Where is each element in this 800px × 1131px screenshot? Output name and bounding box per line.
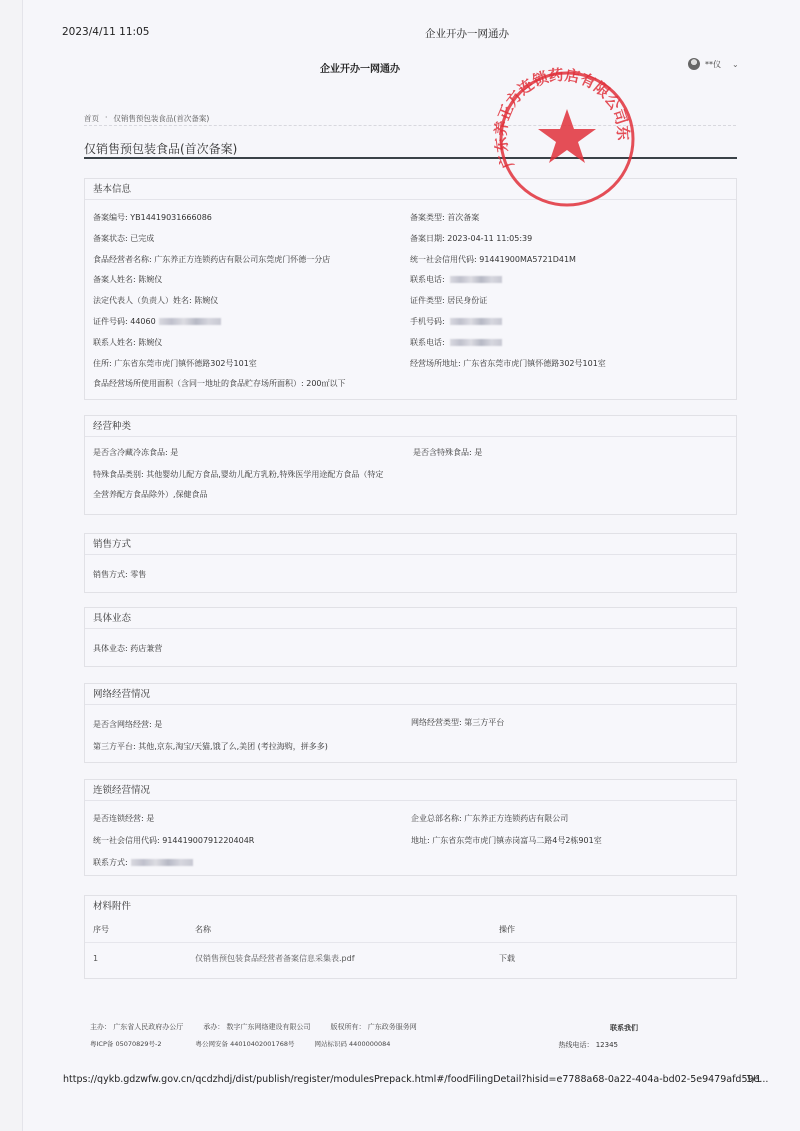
field-label: 联系电话: [410, 275, 447, 284]
field-label: 备案类型: [410, 213, 447, 222]
field-special-food: 是否含特殊食品: 是 [413, 447, 482, 458]
field-platforms: 第三方平台: 其他,京东,淘宝/天猫,饿了么,美团 (考拉海购，拼多多) [93, 741, 328, 752]
field-business-format: 具体业态: 药店兼营 [93, 643, 162, 654]
field-hq-address: 地址: 广东省东莞市虎门镇赤岗富马二路4号2栋901室 [411, 835, 602, 846]
field-right-1: 备案日期: 2023-04-11 11:05:39 [410, 233, 532, 244]
field-right-5: 手机号码: [410, 316, 502, 327]
chevron-down-icon[interactable]: ⌄ [732, 60, 739, 69]
redacted-value [450, 339, 502, 346]
section-online-business: 网络经营情况 是否含网络经营: 是 网络经营类型: 第三方平台 第三方平台: 其… [84, 683, 737, 763]
table-row: 1 仅销售预包装食品经营者备案信息采集表.pdf 下载 [85, 943, 736, 973]
field-value: 首次备案 [447, 213, 479, 222]
field-value: 陈婉仪 [138, 275, 162, 284]
field-left-6: 联系人姓名: 陈婉仪 [93, 337, 162, 348]
field-is-chain: 是否连锁经营: 是 [93, 813, 154, 824]
section-title: 基本信息 [85, 179, 736, 200]
field-value: 陈婉仪 [138, 338, 162, 347]
field-label: 备案人姓名: [93, 275, 138, 284]
field-value: 陈婉仪 [194, 296, 218, 305]
redacted-value [450, 318, 502, 325]
field-hq-name: 企业总部名称: 广东养正方连锁药店有限公司 [411, 813, 568, 824]
contact-us: 联系我们 热线电话： 12345 [578, 1023, 638, 1050]
field-label: 联系电话: [410, 338, 447, 347]
avatar-icon [688, 58, 700, 70]
field-special-types-cont: 全营养配方食品除外）,保健食品 [93, 489, 208, 500]
field-label: 经营场所地址: [410, 359, 463, 368]
basic-info-fields: 备案编号: YB14419031666086备案状态: 已完成食品经营者名称: … [85, 200, 736, 400]
attachments-table: 序号 名称 操作 1 仅销售预包装食品经营者备案信息采集表.pdf 下载 [85, 917, 736, 973]
row-index: 1 [85, 954, 195, 963]
user-name: **仪 [705, 59, 721, 70]
field-right-7: 经营场所地址: 广东省东莞市虎门镇怀德路302号101室 [410, 358, 606, 369]
field-left-1: 备案状态: 已完成 [93, 233, 154, 244]
breadcrumb-current: 仅销售预包装食品(首次备案) [113, 113, 209, 124]
footer-site-id: 网站标识码 4400000084 [314, 1039, 390, 1048]
field-left-2: 食品经营者名称: 广东养正方连锁药店有限公司东莞虎门怀德一分店 [93, 254, 330, 265]
field-right-6: 联系电话: [410, 337, 502, 348]
column-header-name: 名称 [195, 924, 499, 935]
section-sales-method: 销售方式 销售方式: 零售 [84, 533, 737, 593]
field-value: 广东省东莞市虎门镇怀德路302号101室 [114, 359, 257, 368]
field-sales-method: 销售方式: 零售 [93, 569, 146, 580]
field-special-types: 特殊食品类别: 其他婴幼儿配方食品,婴幼儿配方乳粉,特殊医学用途配方食品（特定 [93, 469, 383, 480]
print-page-number: 1/1 [746, 1074, 761, 1085]
field-left-0: 备案编号: YB14419031666086 [93, 212, 212, 223]
redacted-value [131, 859, 193, 866]
section-chain-business: 连锁经营情况 是否连锁经营: 是 企业总部名称: 广东养正方连锁药店有限公司 统… [84, 779, 737, 876]
field-value: 广东省东莞市虎门镇怀德路302号101室 [463, 359, 606, 368]
breadcrumb: 首页 · 仅销售预包装食品(首次备案) [84, 113, 209, 124]
field-label: 住所: [93, 359, 114, 368]
column-header-action: 操作 [499, 924, 619, 935]
footer-copyright: 版权所有： 广东政务服务网 [330, 1022, 416, 1032]
section-attachments: 材料附件 序号 名称 操作 1 仅销售预包装食品经营者备案信息采集表.pdf 下… [84, 895, 737, 979]
field-left-3: 备案人姓名: 陈婉仪 [93, 274, 162, 285]
print-url: https://qykb.gdzwfw.gov.cn/qcdzhdj/dist/… [63, 1074, 768, 1085]
column-header-index: 序号 [85, 924, 195, 935]
breadcrumb-divider [84, 125, 736, 126]
field-right-3: 联系电话: [410, 274, 502, 285]
field-label: 备案日期: [410, 234, 447, 243]
footer-sponsor: 主办： 广东省人民政府办公厅 [90, 1022, 183, 1032]
hotline: 热线电话： 12345 [558, 1040, 618, 1050]
table-header: 序号 名称 操作 [85, 917, 736, 943]
field-right-2: 统一社会信用代码: 91441900MA5721D41M [410, 254, 576, 265]
field-label: 统一社会信用代码: [410, 255, 479, 264]
field-left-7: 住所: 广东省东莞市虎门镇怀德路302号101室 [93, 358, 257, 369]
site-title: 企业开办一网通办 [320, 60, 400, 75]
footer-police[interactable]: 粤公网安备 44010402001768号 [196, 1039, 295, 1048]
section-title: 销售方式 [85, 534, 736, 555]
section-basic-info: 基本信息 备案编号: YB14419031666086备案状态: 已完成食品经营… [84, 178, 737, 400]
field-value: 91441900MA5721D41M [479, 255, 576, 264]
field-label: 法定代表人（负责人）姓名: [93, 296, 194, 305]
field-is-online: 是否含网络经营: 是 [93, 719, 162, 730]
section-title: 经营种类 [85, 416, 736, 437]
field-label: 证件类型: [410, 296, 447, 305]
field-value: 居民身份证 [447, 296, 487, 305]
field-value: YB14419031666086 [130, 213, 212, 222]
field-value: 200㎡以下 [306, 379, 345, 388]
field-left-5: 证件号码: 44060 [93, 316, 221, 327]
title-divider [84, 157, 737, 159]
redacted-value [159, 318, 221, 325]
field-right-4: 证件类型: 居民身份证 [410, 295, 487, 306]
field-right-0: 备案类型: 首次备案 [410, 212, 479, 223]
download-link[interactable]: 下载 [499, 953, 619, 964]
page-title: 仅销售预包装食品(首次备案) [84, 140, 237, 157]
field-online-type: 网络经营类型: 第三方平台 [411, 717, 504, 728]
breadcrumb-separator: · [105, 113, 107, 124]
section-title: 连锁经营情况 [85, 780, 736, 801]
field-label: 手机号码: [410, 317, 447, 326]
print-header: 2023/4/11 11:05 企业开办一网通办 [0, 26, 800, 42]
field-value: 广东养正方连锁药店有限公司东莞虎门怀德一分店 [154, 255, 330, 264]
field-left-8: 食品经营场所使用面积（含同一地址的食品贮存场所面积）: 200㎡以下 [93, 378, 346, 389]
contact-title: 联系我们 [578, 1023, 638, 1033]
field-value: 已完成 [130, 234, 154, 243]
user-menu[interactable]: **仪 ⌄ [688, 58, 739, 70]
field-hq-contact: 联系方式: [93, 857, 193, 868]
field-label: 食品经营场所使用面积（含同一地址的食品贮存场所面积）: [93, 379, 306, 388]
field-label: 备案状态: [93, 234, 130, 243]
print-datetime: 2023/4/11 11:05 [62, 26, 149, 38]
footer-icp[interactable]: 粤ICP备 05070829号-2 [90, 1039, 162, 1048]
field-value: 2023-04-11 11:05:39 [447, 234, 532, 243]
field-label: 证件号码: [93, 317, 130, 326]
breadcrumb-home[interactable]: 首页 [84, 113, 99, 124]
print-title: 企业开办一网通办 [425, 26, 509, 41]
field-value: 44060 [130, 317, 155, 326]
field-frozen-food: 是否含冷藏冷冻食品: 是 [93, 447, 178, 458]
field-left-4: 法定代表人（负责人）姓名: 陈婉仪 [93, 295, 218, 306]
section-title: 网络经营情况 [85, 684, 736, 705]
footer-operator: 承办： 数字广东网络建设有限公司 [203, 1022, 310, 1032]
row-file-name: 仅销售预包装食品经营者备案信息采集表.pdf [195, 953, 499, 964]
redacted-value [450, 276, 502, 283]
section-title: 具体业态 [85, 608, 736, 629]
field-label: 联系人姓名: [93, 338, 138, 347]
field-hq-credit-code: 统一社会信用代码: 91441900791220404R [93, 835, 254, 846]
field-label: 食品经营者名称: [93, 255, 154, 264]
field-label: 备案编号: [93, 213, 130, 222]
site-footer: 主办： 广东省人民政府办公厅 承办： 数字广东网络建设有限公司 版权所有： 广东… [90, 1022, 417, 1055]
section-title: 材料附件 [85, 896, 736, 917]
section-business-category: 经营种类 是否含冷藏冷冻食品: 是 是否含特殊食品: 是 特殊食品类别: 其他婴… [84, 415, 737, 515]
section-business-format: 具体业态 具体业态: 药店兼营 [84, 607, 737, 667]
